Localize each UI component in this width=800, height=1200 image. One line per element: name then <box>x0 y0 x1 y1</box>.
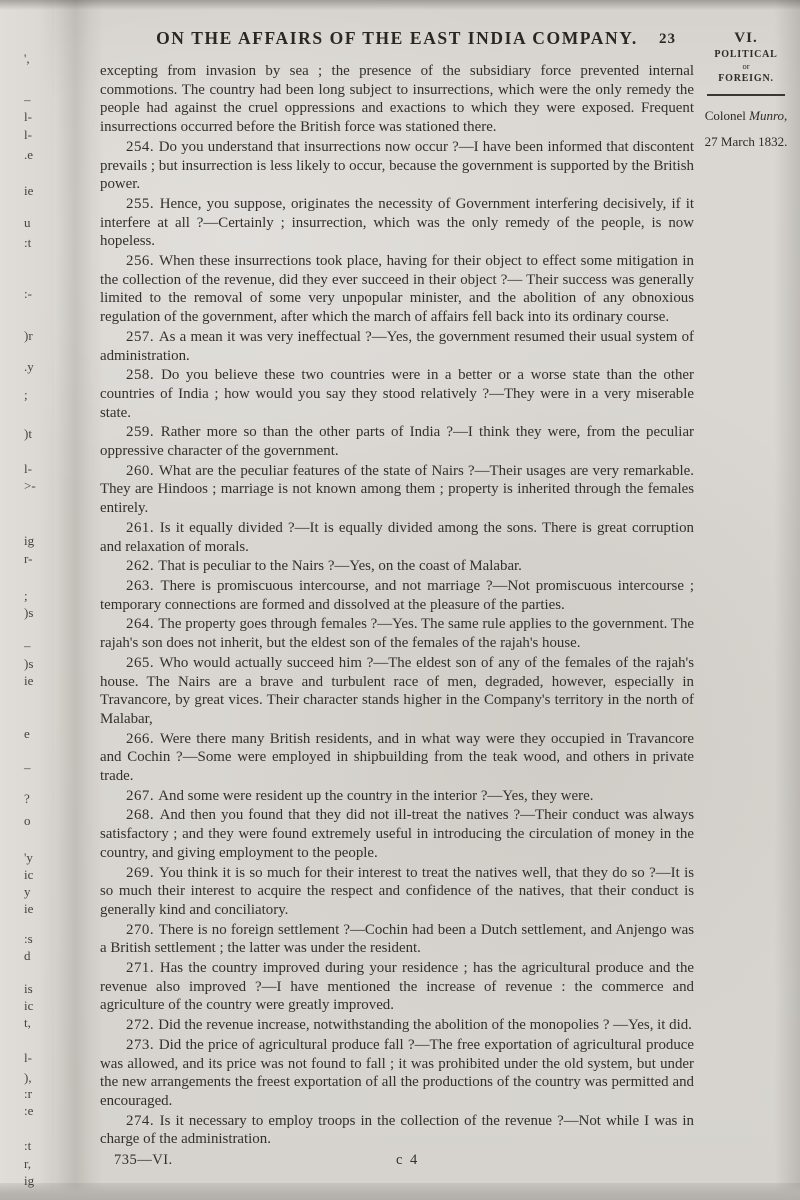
question-number: 263. <box>126 578 160 594</box>
footer-signature: 735—VI. <box>114 1152 173 1169</box>
qa-paragraph: 271. Has the country improved during you… <box>100 959 694 1015</box>
marginal-sidenote: VI. POLITICAL or FOREIGN. Colonel Munro,… <box>698 30 794 150</box>
margin-fragment: ie <box>24 902 33 915</box>
question-number: 272. <box>126 1017 158 1033</box>
sidenote-heading-foreign: FOREIGN. <box>698 73 794 84</box>
margin-fragment: )r <box>24 329 33 342</box>
qa-paragraph: 261. Is it equally divided ?—It is equal… <box>100 519 694 556</box>
page-title: ON THE AFFAIRS OF THE EAST INDIA COMPANY… <box>100 28 694 49</box>
margin-fragment: u <box>24 216 31 229</box>
margin-fragment: ic <box>24 999 33 1012</box>
qa-paragraph: 257. As a mean it was very ineffectual ?… <box>100 328 694 365</box>
margin-fragment: :r <box>24 1087 32 1100</box>
qa-paragraph: 273. Did the price of agricultural produ… <box>100 1036 694 1111</box>
margin-fragment: o <box>24 814 31 827</box>
question-number: 264. <box>126 616 158 632</box>
question-number: 270. <box>126 922 159 938</box>
margin-fragment: l- <box>24 110 32 123</box>
question-number: 273. <box>126 1037 159 1053</box>
margin-fragment: ic <box>24 868 33 881</box>
qa-paragraph: 269. You think it is so much for their i… <box>100 864 694 920</box>
question-number: 262. <box>126 558 158 574</box>
margin-fragment: r- <box>24 552 32 565</box>
sidenote-witness-name: Colonel Munro, <box>698 108 794 124</box>
page-number: 23 <box>659 31 676 48</box>
question-number: 267. <box>126 788 158 804</box>
margin-fragment: ), <box>24 1071 32 1084</box>
question-number: 271. <box>126 960 160 976</box>
margin-fragment: l- <box>24 462 32 475</box>
footer-press-mark: c 4 <box>396 1152 419 1169</box>
margin-fragment: t, <box>24 1016 31 1029</box>
margin-fragment: :- <box>24 287 32 300</box>
sidenote-heading-or: or <box>698 61 794 71</box>
question-number: 257. <box>126 329 159 345</box>
question-number: 258. <box>126 367 161 383</box>
margin-fragment: is <box>24 982 33 995</box>
margin-fragment: l- <box>24 1051 32 1064</box>
question-number: 255. <box>126 196 160 212</box>
margin-fragment: ig <box>24 534 34 547</box>
margin-fragment: :t <box>24 1139 31 1152</box>
question-number: 254. <box>126 139 159 155</box>
margin-fragment: – <box>24 761 31 774</box>
text-block: excepting from invasion by sea ; the pre… <box>100 62 694 1150</box>
question-number: 265. <box>126 655 159 671</box>
margin-fragment: ? <box>24 792 30 805</box>
qa-paragraph: 265. Who would actually succeed him ?—Th… <box>100 654 694 729</box>
gutter-shadow <box>52 0 104 1200</box>
page-footer: 735—VI. c 4 <box>100 1152 694 1172</box>
qa-paragraph: 260. What are the peculiar features of t… <box>100 462 694 518</box>
margin-fragment: y <box>24 885 31 898</box>
qa-paragraph: 268. And then you found that they did no… <box>100 806 694 862</box>
qa-paragraph: 259. Rather more so than the other parts… <box>100 423 694 460</box>
qa-paragraph: 262. That is peculiar to the Nairs ?—Yes… <box>100 557 694 576</box>
right-edge-shadow <box>774 0 800 1200</box>
qa-paragraph: 255. Hence, you suppose, originates the … <box>100 195 694 251</box>
qa-paragraph: 274. Is it necessary to employ troops in… <box>100 1112 694 1149</box>
margin-fragment: )t <box>24 427 32 440</box>
qa-paragraph: 272. Did the revenue increase, notwithst… <box>100 1016 694 1035</box>
qa-paragraph: 264. The property goes through females ?… <box>100 615 694 652</box>
margin-fragment: 'y <box>24 851 33 864</box>
margin-fragment: >- <box>24 479 36 492</box>
sidenote-section-number: VI. <box>698 30 794 47</box>
margin-fragment: )s <box>24 657 33 670</box>
sidenote-examination-date: 27 March 1832. <box>698 134 794 150</box>
sidenote-rule <box>707 94 785 96</box>
margin-fragment: )s <box>24 606 33 619</box>
margin-fragment: :s <box>24 932 33 945</box>
top-edge-shadow <box>0 0 800 10</box>
qa-paragraph: 258. Do you believe these two countries … <box>100 366 694 422</box>
qa-paragraph: 270. There is no foreign settlement ?—Co… <box>100 921 694 958</box>
margin-fragment: ig <box>24 1174 34 1187</box>
margin-fragment: ie <box>24 184 33 197</box>
question-number: 259. <box>126 424 161 440</box>
continuation-paragraph: excepting from invasion by sea ; the pre… <box>100 62 694 137</box>
margin-fragment: .y <box>24 360 34 373</box>
margin-fragment: d <box>24 949 31 962</box>
qa-paragraph: 266. Were there many British residents, … <box>100 730 694 786</box>
qa-paragraph: 256. When these insurrections took place… <box>100 252 694 327</box>
witness-surname: Munro, <box>749 108 787 123</box>
question-number: 261. <box>126 520 160 536</box>
witness-rank: Colonel <box>705 108 749 123</box>
question-number: 274. <box>126 1113 160 1129</box>
question-number: 266. <box>126 731 160 747</box>
margin-fragment: ; <box>24 388 28 401</box>
question-number: 256. <box>126 253 159 269</box>
margin-fragment: – <box>24 93 31 106</box>
margin-fragment: ', <box>24 52 30 65</box>
margin-fragment: :t <box>24 236 31 249</box>
page-header: ON THE AFFAIRS OF THE EAST INDIA COMPANY… <box>100 28 694 54</box>
margin-fragment: ; <box>24 589 28 602</box>
margin-fragment: – <box>24 639 31 652</box>
qa-paragraph: 267. And some were resident up the count… <box>100 787 694 806</box>
qa-paragraph: 254. Do you understand that insurrection… <box>100 138 694 194</box>
margin-fragment: e <box>24 727 30 740</box>
margin-fragment: :e <box>24 1104 33 1117</box>
margin-fragment: l- <box>24 128 32 141</box>
question-number: 269. <box>126 865 159 881</box>
question-number: 260. <box>126 463 159 479</box>
left-margin-fragments: ',–l-l-.eieu:t:-)r.y;)tl->-igr-;)s–)siee… <box>0 0 52 1200</box>
margin-fragment: .e <box>24 148 33 161</box>
question-number: 268. <box>126 807 160 823</box>
qa-paragraph: 263. There is promiscuous intercourse, a… <box>100 577 694 614</box>
bottom-page-edge <box>0 1183 800 1200</box>
margin-fragment: ie <box>24 674 33 687</box>
margin-fragment: r, <box>24 1157 31 1170</box>
sidenote-heading-political: POLITICAL <box>698 49 794 60</box>
